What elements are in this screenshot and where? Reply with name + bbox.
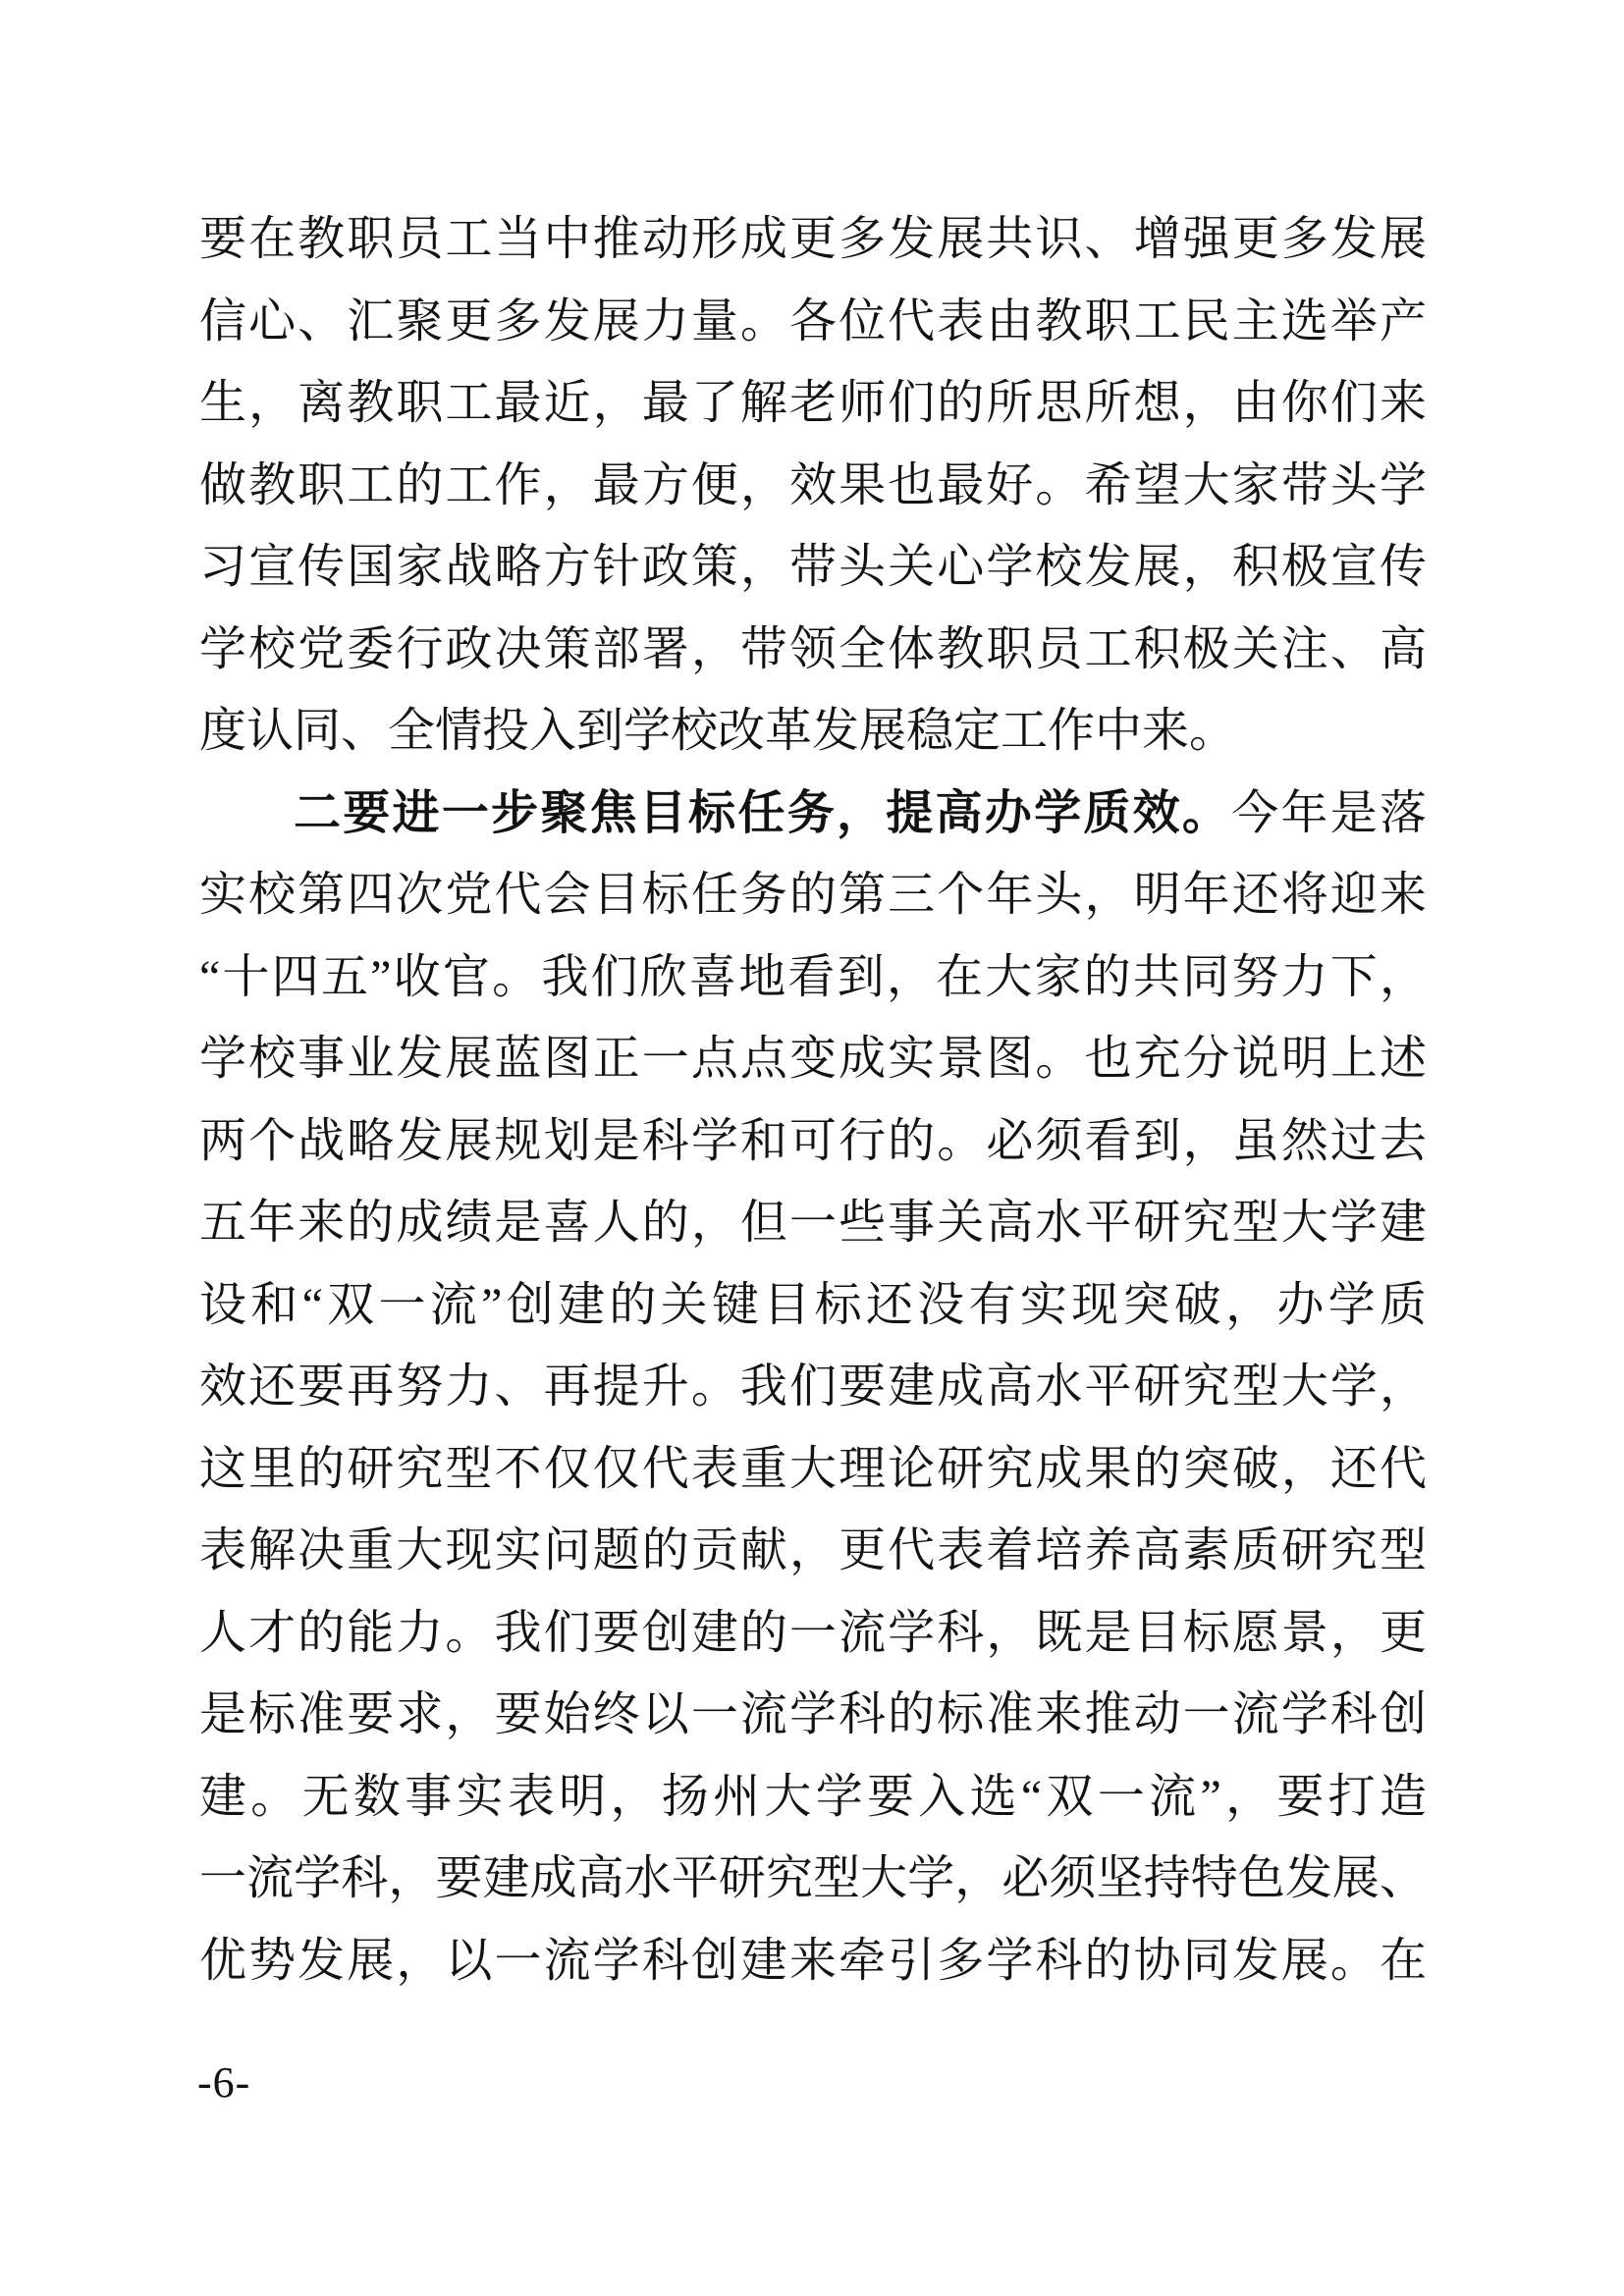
- page-number: -6-: [197, 2057, 250, 2108]
- text-line: 生，离教职工最近，最了解老师们的所思所想，由你们来: [199, 362, 1427, 445]
- text-line: 二要进一步聚焦目标任务，提高办学质效。今年是落: [199, 773, 1427, 855]
- text-line: 度认同、全情投入到学校改革发展稳定工作中来。: [199, 690, 1427, 773]
- text-line: 是标准要求，要始终以一流学科的标准来推动一流学科创: [199, 1674, 1427, 1756]
- text-line: 五年来的成绩是喜人的，但一些事关高水平研究型大学建: [199, 1182, 1427, 1264]
- text-line: 表解决重大现实问题的贡献，更代表着培养高素质研究型: [199, 1510, 1427, 1592]
- text-line: 学校党委行政决策部署，带领全体教职员工积极关注、高: [199, 609, 1427, 691]
- text-line: 要在教职员工当中推动形成更多发展共识、增强更多发展: [199, 198, 1427, 281]
- body-text: 要在教职员工当中推动形成更多发展共识、增强更多发展信心、汇聚更多发展力量。各位代…: [199, 198, 1427, 2002]
- text-line: 学校事业发展蓝图正一点点变成实景图。也充分说明上述: [199, 1018, 1427, 1100]
- text-line: 设和“双一流”创建的关键目标还没有实现突破，办学质: [199, 1264, 1427, 1347]
- text-line: 这里的研究型不仅仅代表重大理论研究成果的突破，还代: [199, 1428, 1427, 1511]
- document-page: 要在教职员工当中推动形成更多发展共识、增强更多发展信心、汇聚更多发展力量。各位代…: [0, 0, 1624, 2296]
- text-line: 人才的能力。我们要创建的一流学科，既是目标愿景，更: [199, 1592, 1427, 1675]
- text-line: 实校第四次党代会目标任务的第三个年头，明年还将迎来: [199, 854, 1427, 936]
- text-line: 两个战略发展规划是科学和可行的。必须看到，虽然过去: [199, 1100, 1427, 1183]
- text-line: 效还要再努力、再提升。我们要建成高水平研究型大学，: [199, 1346, 1427, 1428]
- text-line: 习宣传国家战略方针政策，带头关心学校发展，积极宣传: [199, 526, 1427, 609]
- text-line: 建。无数事实表明，扬州大学要入选“双一流”，要打造: [199, 1756, 1427, 1839]
- text-line: 做教职工的工作，最方便，效果也最好。希望大家带头学: [199, 445, 1427, 527]
- text-line: 一流学科，要建成高水平研究型大学，必须坚持特色发展、: [199, 1838, 1427, 1920]
- bold-heading-run: 二要进一步聚焦目标任务，提高办学质效。: [294, 787, 1231, 839]
- text-line: “十四五”收官。我们欣喜地看到，在大家的共同努力下，: [199, 936, 1427, 1019]
- text-line: 信心、汇聚更多发展力量。各位代表由教职工民主选举产: [199, 281, 1427, 363]
- text-line: 优势发展，以一流学科创建来牵引多学科的协同发展。在: [199, 1920, 1427, 2002]
